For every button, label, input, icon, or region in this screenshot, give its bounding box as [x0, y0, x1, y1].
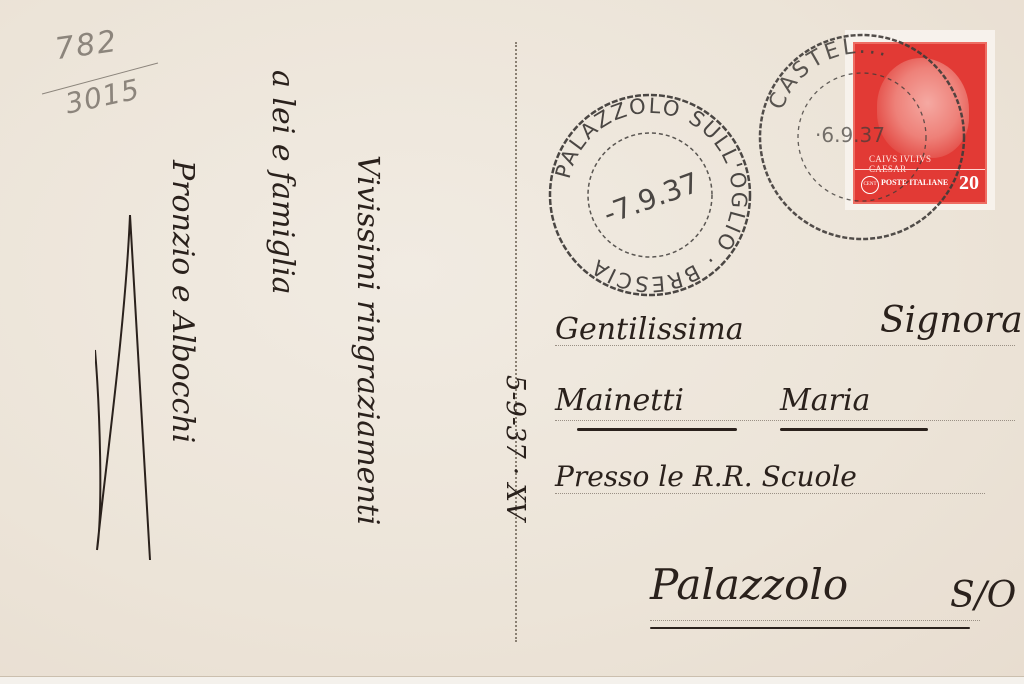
- signature-flourish-icon: [95, 210, 155, 570]
- city-underline: [650, 627, 970, 629]
- message-signature: Pronzio e Albocchi: [165, 160, 200, 443]
- message-line-2: a lei e famiglia: [265, 70, 300, 295]
- postmark-palazzolo: PALAZZOLO SULL'OGLIO · BRESCIA -7.9.37: [545, 90, 755, 300]
- postcard-back: 782 3015 Vivissimi ringraziamenti a lei …: [0, 0, 1024, 677]
- given-name-underline: [780, 428, 928, 431]
- address-title: Signora: [880, 300, 1023, 341]
- message-date: 5-9-37 · XV: [500, 375, 530, 521]
- surname-underline: [577, 428, 737, 431]
- center-divider: [515, 42, 517, 642]
- address-rule-2: [555, 420, 1015, 421]
- address-surname: Mainetti: [555, 383, 684, 418]
- inventory-number-bottom: 3015: [62, 73, 142, 121]
- address-city: Palazzolo: [650, 560, 848, 609]
- address-rule-4: [650, 620, 980, 621]
- address-salutation: Gentilissima: [555, 312, 744, 347]
- inventory-number-top: 782: [53, 24, 121, 67]
- postmark-date: -7.9.37: [599, 166, 703, 231]
- postmark-date: ·6.9.37: [815, 123, 885, 147]
- address-rule-3: [555, 493, 985, 494]
- address-province: S/O: [950, 575, 1016, 616]
- address-given-name: Maria: [780, 383, 870, 418]
- message-line-1: Vivissimi ringraziamenti: [350, 155, 385, 525]
- postmark-castel: CASTEL... ·6.9.37: [755, 30, 970, 245]
- address-care-of: Presso le R.R. Scuole: [555, 460, 857, 493]
